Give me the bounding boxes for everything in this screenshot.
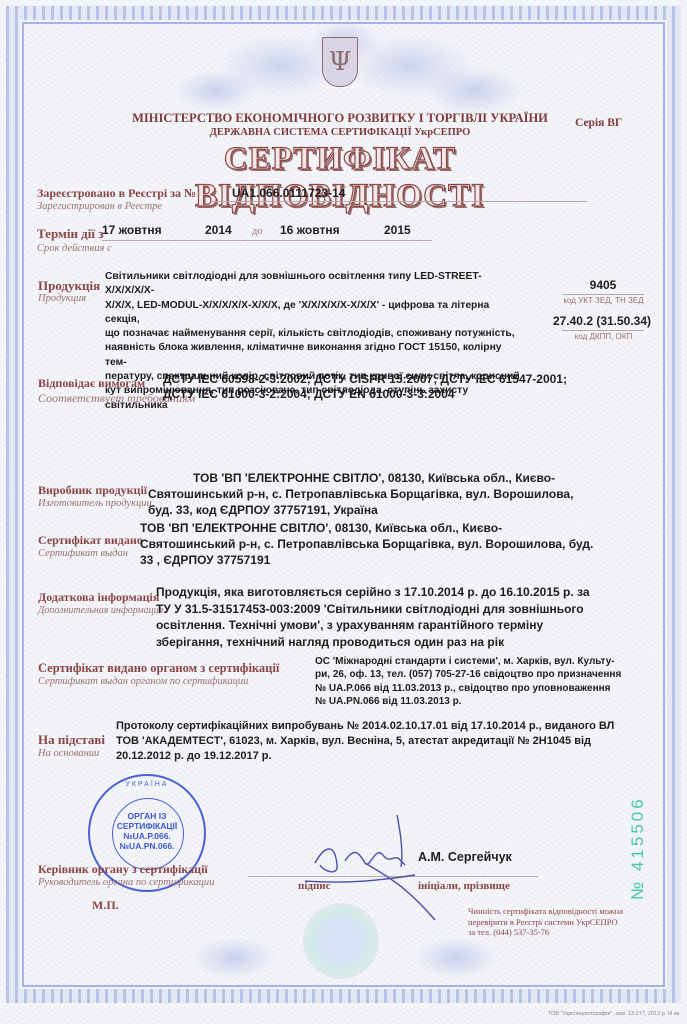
product-line: X/X/X, LED-MODUL-X/X/X/X/X-X/X/X, де 'X/… bbox=[105, 299, 525, 328]
product-label: Продукція bbox=[38, 278, 100, 294]
to-label: до bbox=[252, 226, 263, 237]
additional-info-label: Додаткова інформація bbox=[38, 590, 159, 605]
seal-place-label: М.П. bbox=[92, 898, 119, 913]
requirements-label: Відповідає вимогам bbox=[38, 376, 145, 391]
registry-label: Зареєстровано в Реєстрі за № bbox=[37, 186, 196, 201]
basis-label: На підставі bbox=[38, 732, 105, 748]
system-heading: ДЕРЖАВНА СИСТЕМА СЕРТИФІКАЦІЇ УкрСЕПРО bbox=[120, 127, 560, 138]
product-line: наявність блока живлення, кліматичне вик… bbox=[105, 341, 525, 370]
validity-label-ru: Срок действия с bbox=[37, 243, 112, 254]
stamp-line: №UA.PN.066. bbox=[90, 841, 204, 851]
additional-info-text: Продукція, яка виготовляється серійно з … bbox=[156, 584, 666, 650]
footnote-line: перевірити в Реєстрі системи УкрСЕПРО bbox=[468, 917, 623, 928]
underline bbox=[102, 240, 432, 241]
trident-icon: Ψ bbox=[322, 37, 358, 87]
issued-to-label: Сертифікат видано bbox=[38, 533, 143, 548]
head-of-body-label-ru: Руководитель органа по сертификации bbox=[38, 877, 214, 888]
standard-line: ДСТУ IEC 61000-3-2:2004; ДСТУ EN 61000-3… bbox=[163, 387, 567, 402]
ministry-heading: МІНІСТЕРСТВО ЕКОНОМІЧНОГО РОЗВИТКУ І ТОР… bbox=[120, 111, 560, 126]
issued-to-line: Святошинський р-н, с. Петропавлівська Бо… bbox=[140, 536, 660, 552]
cert-body-label: Сертифікат видано органом з сертифікації bbox=[38, 661, 279, 676]
basis-text: Протоколу сертифікаційних випробувань № … bbox=[116, 719, 666, 764]
valid-to-year: 2015 bbox=[384, 223, 411, 237]
manufacturer-address: ТОВ 'ВП 'ЕЛЕКТРОННЕ СВІТЛО', 08130, Київ… bbox=[148, 470, 648, 518]
additional-line: Продукція, яка виготовляється серійно з … bbox=[156, 584, 666, 601]
product-line: що позначає найменування серії, кількіст… bbox=[105, 327, 525, 341]
issued-to-line: 33 , ЄДРПОУ 37757191 bbox=[140, 552, 660, 568]
manufacturer-line: Святошинський р-н, с. Петропавлівська Бо… bbox=[148, 486, 648, 502]
product-label-ru: Продукция bbox=[38, 293, 86, 304]
requirements-standards: ДСТУ IEC 60598-2-3:2002; ДСТУ CISPR 15:2… bbox=[163, 372, 567, 402]
basis-line: 20.12.2012 р. до 19.12.2017 р. bbox=[116, 749, 666, 764]
cert-body-line: ОС 'Міжнародні стандарти і системи', м. … bbox=[315, 655, 665, 668]
uktzed-code-label: код УКТ ЗЕД, ТН ЗЕД bbox=[556, 296, 651, 305]
dkpp-code: 27.40.2 (31.50.34) bbox=[547, 314, 657, 328]
footnote-line: за тел. (044) 537-35-76 bbox=[468, 927, 623, 938]
stamp-line: ОРГАН ІЗ bbox=[90, 811, 204, 821]
registry-number: UA1.066.0111723-14 bbox=[232, 186, 345, 200]
additional-line: освітлення. Технічні умови', з урахуванн… bbox=[156, 617, 666, 634]
issued-to-label-ru: Сертификат выдан bbox=[38, 548, 128, 559]
serial-number: № 415506 bbox=[628, 796, 648, 900]
cert-body-line: № UA.P.066 від 11.03.2013 р., свідоцтво … bbox=[315, 682, 665, 695]
underline bbox=[562, 330, 644, 331]
certificate-page: Ψ МІНІСТЕРСТВО ЕКОНОМІЧНОГО РОЗВИТКУ І Т… bbox=[0, 0, 687, 1024]
basis-line: Протоколу сертифікаційних випробувань № … bbox=[116, 719, 666, 734]
hologram-emblem bbox=[303, 903, 379, 979]
dkpp-code-label: код ДКПП, ОКП bbox=[556, 332, 651, 341]
uktzed-code: 9405 bbox=[558, 278, 648, 292]
stamp-text: ОРГАН ІЗ СЕРТИФІКАЦІЇ №UA.P.066. №UA.PN.… bbox=[90, 811, 204, 851]
manufacturer-line: ТОВ 'ВП 'ЕЛЕКТРОННЕ СВІТЛО', 08130, Київ… bbox=[148, 470, 648, 486]
manufacturer-label: Виробник продукції bbox=[38, 483, 147, 498]
cert-body-line: № UA.PN.066 від 11.03.2013 р. bbox=[315, 695, 665, 708]
head-of-body-label: Керівник органу з сертифікації bbox=[38, 862, 208, 877]
issued-to-address: ТОВ 'ВП 'ЕЛЕКТРОННЕ СВІТЛО', 08130, Київ… bbox=[140, 520, 660, 568]
standard-line: ДСТУ IEC 60598-2-3:2002; ДСТУ CISPR 15:2… bbox=[163, 372, 567, 387]
document-title: СЕРТИФІКАТ ВІДПОВІДНОСТІ bbox=[100, 141, 580, 215]
basis-label-ru: На основании bbox=[38, 748, 99, 759]
cert-body-text: ОС 'Міжнародні стандарти і системи', м. … bbox=[315, 655, 665, 708]
issued-to-line: ТОВ 'ВП 'ЕЛЕКТРОННЕ СВІТЛО', 08130, Київ… bbox=[140, 520, 660, 536]
cert-body-line: ри, 26, оф. 13, тел. (057) 705-27-16 сві… bbox=[315, 668, 665, 681]
underline bbox=[212, 201, 587, 202]
printer-imprint: ТОВ "Укрспецполіграфія", зам. 13-277, 20… bbox=[548, 1011, 681, 1017]
valid-from-date: 17 жовтня bbox=[102, 223, 162, 237]
stamp-line: №UA.P.066. bbox=[90, 831, 204, 841]
stamp-country: УКРАЇНА bbox=[90, 781, 204, 788]
manufacturer-line: буд. 33, код ЄДРПОУ 37757191, Україна bbox=[148, 502, 648, 518]
footnote-line: Чинність сертифіката відповідності можна bbox=[468, 906, 623, 917]
cert-body-label-ru: Сертификат выдан органом по сертификации bbox=[38, 676, 248, 687]
product-line: Світильники світлодіодні для зовнішнього… bbox=[105, 270, 525, 299]
additional-line: зберігання, технічний нагляд проводиться… bbox=[156, 634, 666, 651]
validity-label: Термін дії з bbox=[37, 226, 103, 242]
manufacturer-label-ru: Изготовитель продукции bbox=[38, 498, 152, 509]
stamp-line: СЕРТИФІКАЦІЇ bbox=[90, 821, 204, 831]
series-label: Серія ВГ bbox=[575, 117, 622, 129]
additional-info-label-ru: Дополнительная информация bbox=[38, 605, 163, 616]
underline bbox=[562, 294, 644, 295]
valid-to-date: 16 жовтня bbox=[280, 223, 340, 237]
verification-note: Чинність сертифіката відповідності можна… bbox=[468, 906, 623, 938]
additional-line: ТУ У 31.5-31517453-003:2009 'Світильники… bbox=[156, 601, 666, 618]
basis-line: ТОВ 'АКАДЕМТЕСТ', 61023, м. Харків, вул.… bbox=[116, 734, 666, 749]
registry-label-ru: Зарегистрирован в Реестре bbox=[37, 201, 162, 212]
valid-from-year: 2014 bbox=[205, 223, 232, 237]
